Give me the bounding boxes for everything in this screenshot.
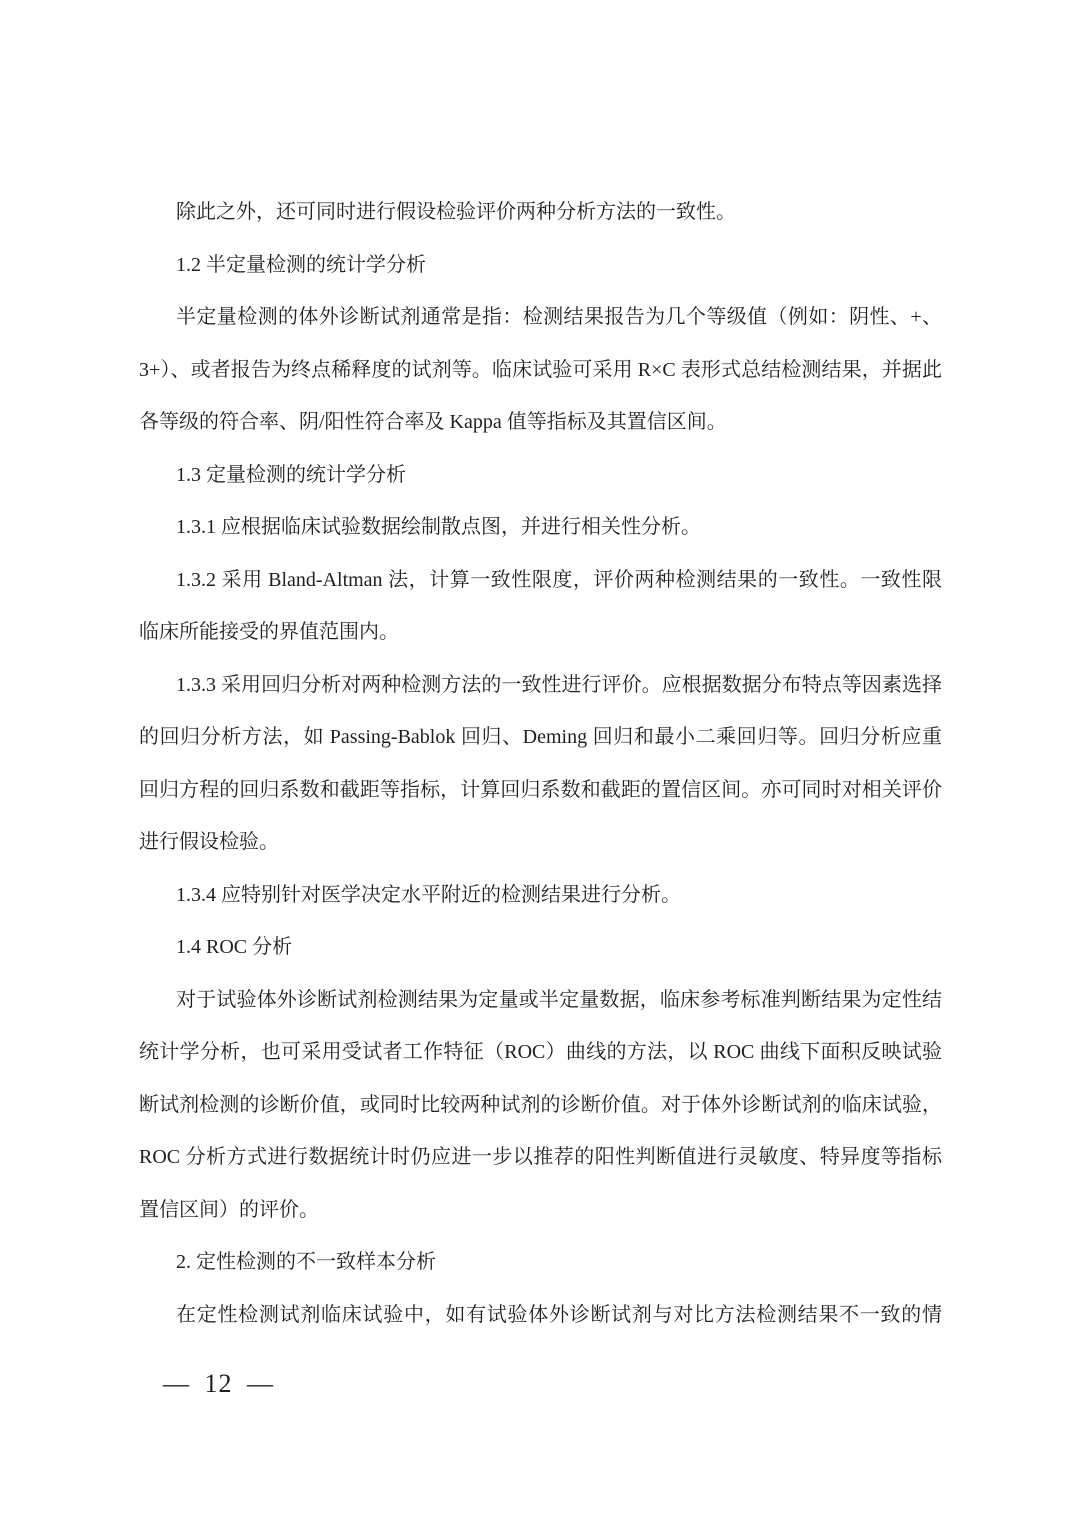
text-line: 半定量检测的体外诊断试剂通常是指：检测结果报告为几个等级值（例如：阴性、+、2+… bbox=[139, 291, 942, 344]
text-line: 1.4 ROC 分析 bbox=[139, 921, 942, 974]
text-line: 1.3.1 应根据临床试验数据绘制散点图，并进行相关性分析。 bbox=[139, 501, 942, 554]
text-line: 的回归分析方法，如 Passing-Bablok 回归、Deming 回归和最小… bbox=[139, 711, 942, 764]
text-line: 各等级的符合率、阴/阳性符合率及 Kappa 值等指标及其置信区间。 bbox=[139, 396, 942, 449]
text-line: 2. 定性检测的不一致样本分析 bbox=[139, 1236, 942, 1289]
text-line: 临床所能接受的界值范围内。 bbox=[139, 606, 942, 659]
text-line: 1.3.4 应特别针对医学决定水平附近的检测结果进行分析。 bbox=[139, 869, 942, 922]
text-line: 在定性检测试剂临床试验中，如有试验体外诊断试剂与对比方法检测结果不一致的情况，应 bbox=[139, 1289, 942, 1342]
text-line: 回归方程的回归系数和截距等指标，计算回归系数和截距的置信区间。亦可同时对相关评价… bbox=[139, 764, 942, 817]
page-number: — 12 — bbox=[163, 1369, 274, 1399]
text-block: 除此之外，还可同时进行假设检验评价两种分析方法的一致性。1.2 半定量检测的统计… bbox=[139, 186, 942, 1341]
text-line: 进行假设检验。 bbox=[139, 816, 942, 869]
document-page: 除此之外，还可同时进行假设检验评价两种分析方法的一致性。1.2 半定量检测的统计… bbox=[0, 0, 1080, 1528]
text-line: 1.2 半定量检测的统计学分析 bbox=[139, 239, 942, 292]
text-line: 除此之外，还可同时进行假设检验评价两种分析方法的一致性。 bbox=[139, 186, 942, 239]
text-line: 1.3.3 采用回归分析对两种检测方法的一致性进行评价。应根据数据分布特点等因素… bbox=[139, 659, 942, 712]
text-line: 统计学分析，也可采用受试者工作特征（ROC）曲线的方法，以 ROC 曲线下面积反… bbox=[139, 1026, 942, 1079]
text-line: 1.3 定量检测的统计学分析 bbox=[139, 449, 942, 502]
text-line: 3+）、或者报告为终点稀释度的试剂等。临床试验可采用 R×C 表形式总结检测结果… bbox=[139, 344, 942, 397]
text-line: 置信区间）的评价。 bbox=[139, 1184, 942, 1237]
text-line: 1.3.2 采用 Bland-Altman 法，计算一致性限度，评价两种检测结果… bbox=[139, 554, 942, 607]
text-line: ROC 分析方式进行数据统计时仍应进一步以推荐的阳性判断值进行灵敏度、特异度等指… bbox=[139, 1131, 942, 1184]
text-line: 对于试验体外诊断试剂检测结果为定量或半定量数据，临床参考标准判断结果为定性结果的 bbox=[139, 974, 942, 1027]
text-line: 断试剂检测的诊断价值，或同时比较两种试剂的诊断价值。对于体外诊断试剂的临床试验，… bbox=[139, 1079, 942, 1132]
